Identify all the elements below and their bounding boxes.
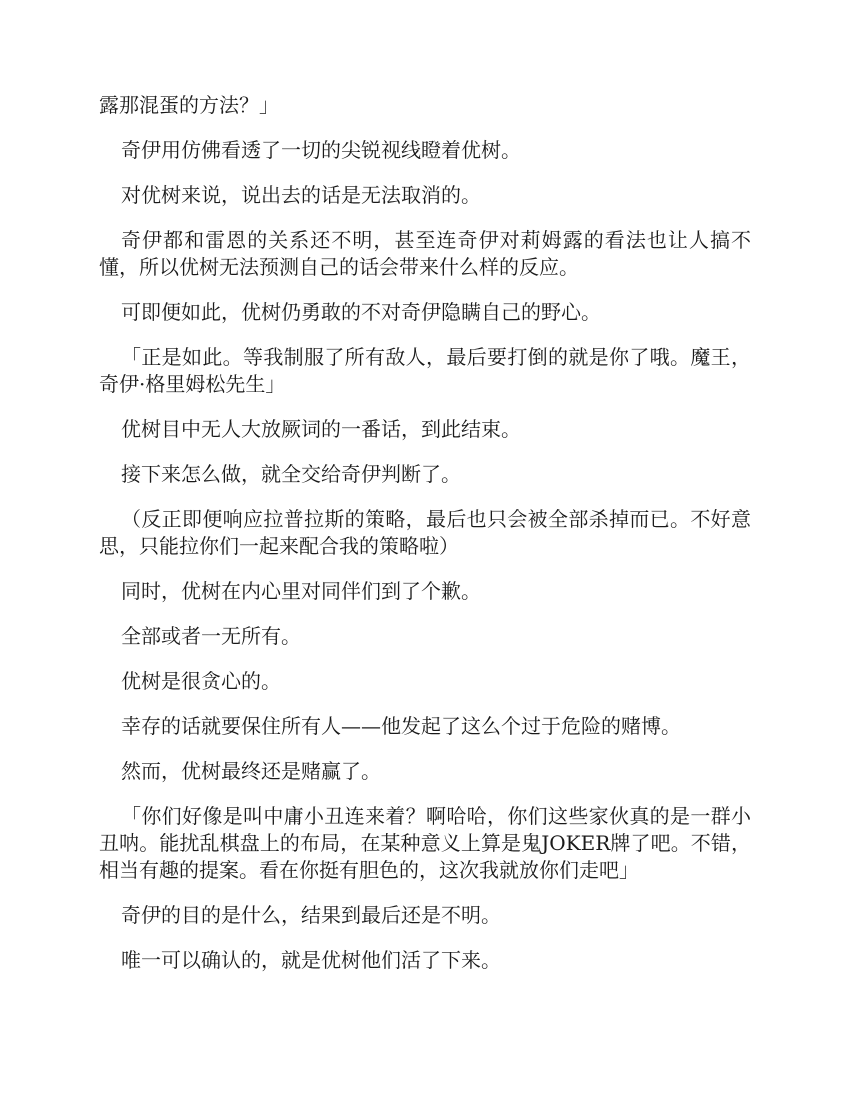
paragraph: 优树目中无人大放厥词的一番话，到此结束。 [99, 416, 751, 443]
paragraph: 奇伊都和雷恩的关系还不明，甚至连奇伊对莉姆露的看法也让人搞不懂，所以优树无法预测… [99, 227, 751, 281]
paragraph: 全部或者一无所有。 [99, 623, 751, 650]
paragraph: 可即便如此，优树仍勇敢的不对奇伊隐瞒自己的野心。 [99, 299, 751, 326]
paragraph: 露那混蛋的方法？」 [99, 92, 751, 119]
paragraph: 然而，优树最终还是赌赢了。 [99, 758, 751, 785]
paragraph: 同时，优树在内心里对同伴们到了个歉。 [99, 578, 751, 605]
paragraph: 「你们好像是叫中庸小丑连来着？啊哈哈，你们这些家伙真的是一群小丑呐。能扰乱棋盘上… [99, 803, 751, 884]
paragraph: （反正即便响应拉普拉斯的策略，最后也只会被全部杀掉而已。不好意思，只能拉你们一起… [99, 506, 751, 560]
paragraph: 奇伊用仿佛看透了一切的尖锐视线瞪着优树。 [99, 137, 751, 164]
paragraph: 接下来怎么做，就全交给奇伊判断了。 [99, 461, 751, 488]
paragraph: 优树是很贪心的。 [99, 668, 751, 695]
paragraph: 奇伊的目的是什么，结果到最后还是不明。 [99, 902, 751, 929]
paragraph: 幸存的话就要保住所有人——他发起了这么个过于危险的赌博。 [99, 713, 751, 740]
paragraph: 「正是如此。等我制服了所有敌人，最后要打倒的就是你了哦。魔王，奇伊·格里姆松先生… [99, 344, 751, 398]
document-page: 露那混蛋的方法？」 奇伊用仿佛看透了一切的尖锐视线瞪着优树。 对优树来说，说出去… [99, 92, 751, 992]
paragraph: 唯一可以确认的，就是优树他们活了下来。 [99, 947, 751, 974]
paragraph: 对优树来说，说出去的话是无法取消的。 [99, 182, 751, 209]
